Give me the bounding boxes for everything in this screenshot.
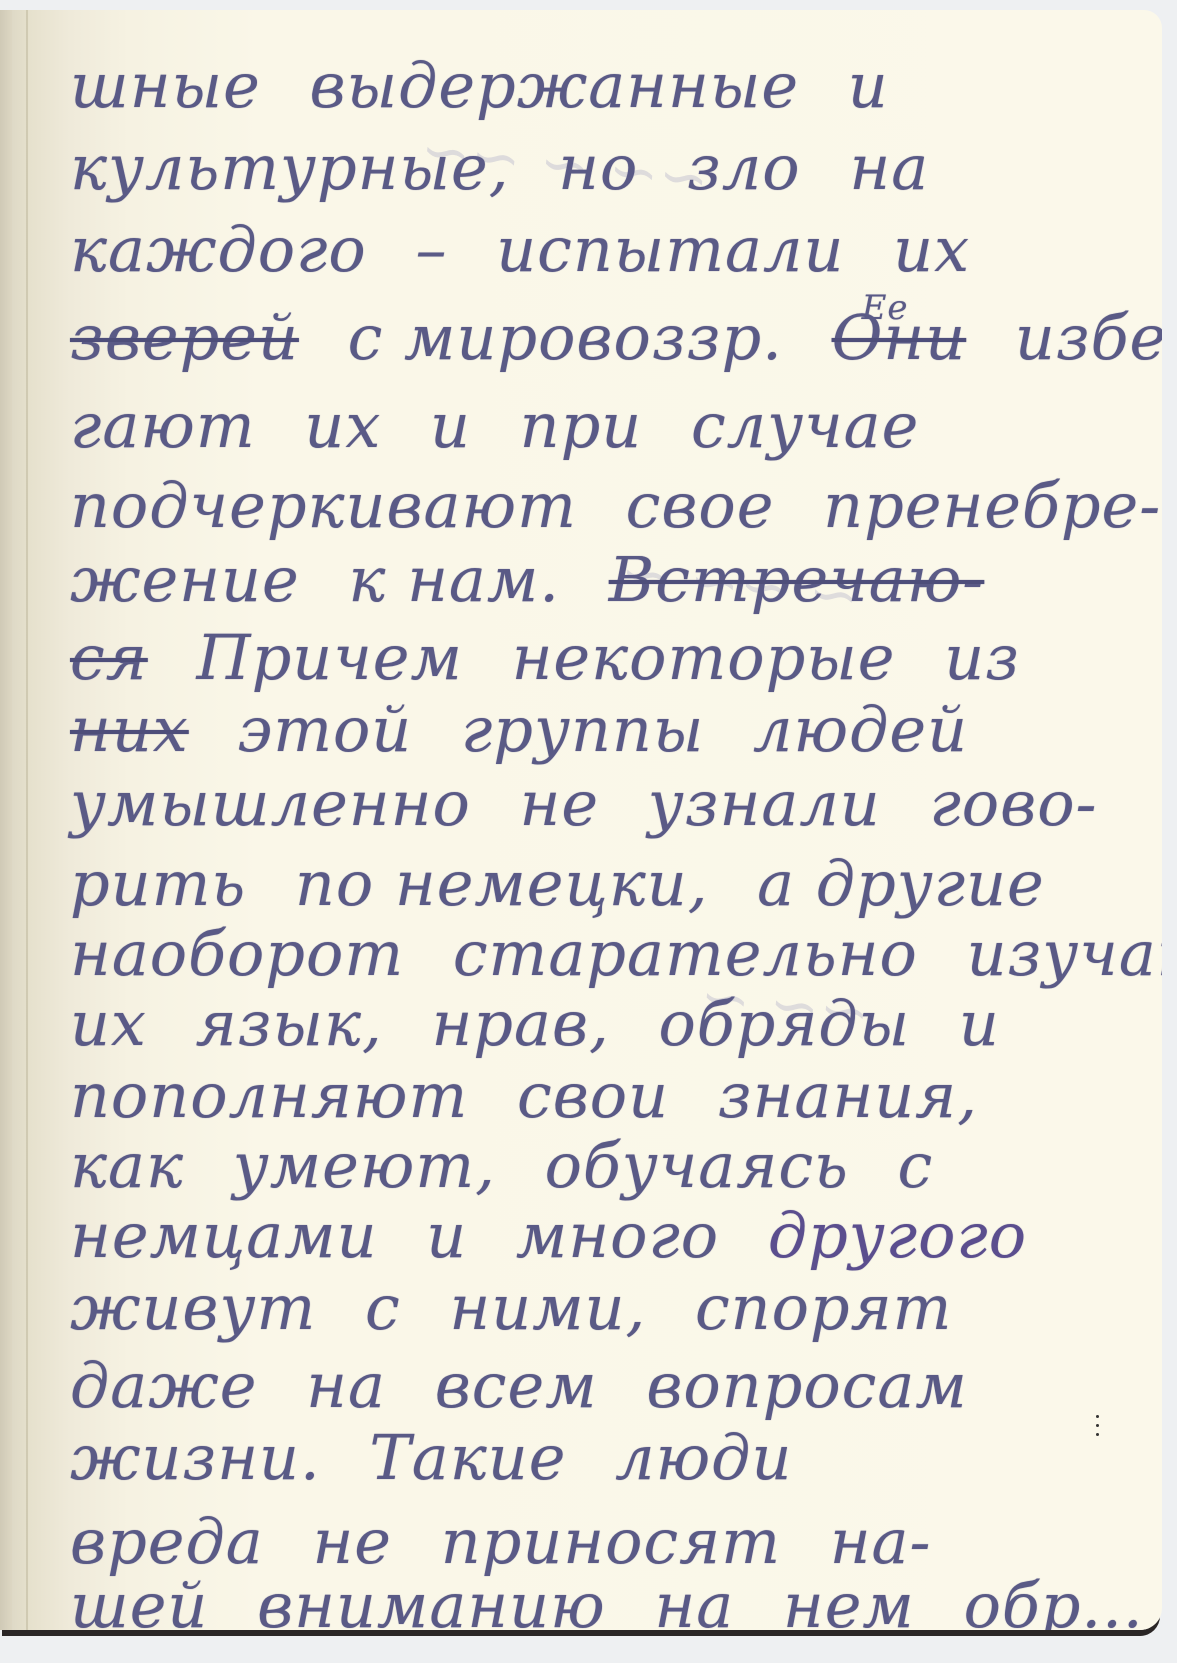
word: их xyxy=(304,390,381,462)
word: выдержанные xyxy=(309,50,799,122)
word: как xyxy=(70,1130,184,1202)
text-line: немцами и много другого xyxy=(70,1200,1122,1272)
word: свои xyxy=(517,1060,669,1132)
word: не xyxy=(312,1506,392,1578)
word: немцами xyxy=(70,1200,378,1272)
word: не xyxy=(520,768,600,840)
ink-specks xyxy=(1096,1415,1102,1443)
word: и xyxy=(426,1200,467,1272)
word: группы xyxy=(461,694,704,766)
word: старательно xyxy=(453,918,918,990)
word: обр... xyxy=(964,1570,1144,1630)
word: рить xyxy=(70,848,246,920)
word: людей xyxy=(753,694,968,766)
text-line: их язык, нрав, обряды и xyxy=(70,988,1122,1060)
struck-word: них xyxy=(70,694,189,766)
word: много xyxy=(516,1200,719,1272)
superscript-correction: Ее xyxy=(862,272,909,344)
struck-word: зверей xyxy=(70,302,299,374)
word: изучают xyxy=(967,918,1162,990)
word: избе- xyxy=(1015,302,1162,374)
text-line: подчеркивают свое пренебре- xyxy=(70,470,1122,542)
word: люди xyxy=(615,1422,792,1494)
word: всем xyxy=(435,1350,598,1422)
text-line: пополняют свои знания, xyxy=(70,1060,1122,1132)
word: приносят xyxy=(441,1506,781,1578)
struck-word: ся xyxy=(70,622,148,694)
word: культурные, xyxy=(70,132,509,204)
text-line: зверей с мировоззр. Они Ее избе- xyxy=(70,302,1122,374)
word: вниманию xyxy=(257,1570,606,1630)
scanned-notebook-page: ~~ ~ ~~ ~ ~~ ~ ~~ ~ шные выдержанные и к… xyxy=(0,0,1177,1663)
text-line: каждого – испытали их xyxy=(70,214,1122,286)
word: гают xyxy=(70,390,256,462)
word: Причем xyxy=(197,622,463,694)
word: нрав, xyxy=(431,988,609,1060)
struck-word: Встречаю- xyxy=(609,544,985,616)
word: жение xyxy=(70,544,300,616)
text-line: гают их и при случае xyxy=(70,390,1122,462)
text-line: шные выдержанные и xyxy=(70,50,1122,122)
text-line: шей вниманию на нем обр... xyxy=(70,1570,1122,1630)
word: на xyxy=(849,132,929,204)
word: на xyxy=(306,1350,386,1422)
word: – xyxy=(415,214,447,286)
text-line: даже на всем вопросам xyxy=(70,1350,1122,1422)
word: шные xyxy=(70,50,261,122)
word: и xyxy=(959,988,1000,1060)
word: узнали xyxy=(648,768,881,840)
word: некоторые xyxy=(512,622,896,694)
text-line: умышленно не узнали гово- xyxy=(70,768,1122,840)
word: вреда xyxy=(70,1506,264,1578)
struck-word: Они Ее xyxy=(832,302,967,374)
word: ними, xyxy=(449,1272,646,1344)
word: испытали xyxy=(496,214,844,286)
word: пренебре- xyxy=(823,470,1161,542)
word: шей xyxy=(70,1570,208,1630)
word: умышленно xyxy=(70,768,471,840)
word: нем xyxy=(783,1570,915,1630)
word: их xyxy=(70,988,147,1060)
word: обучаясь xyxy=(545,1130,849,1202)
word: каждого xyxy=(70,214,367,286)
handwritten-text: шные выдержанные и культурные, но зло на… xyxy=(0,10,1162,1630)
word: этой xyxy=(237,694,412,766)
word: а другие xyxy=(757,848,1045,920)
word: с xyxy=(365,1272,401,1344)
word: но xyxy=(558,132,638,204)
word: знания, xyxy=(718,1060,978,1132)
text-line: живут с ними, спорят xyxy=(70,1272,1122,1344)
word: гово- xyxy=(929,768,1097,840)
text-line: вреда не приносят на- xyxy=(70,1506,1122,1578)
word: другого xyxy=(768,1200,1027,1272)
word: с xyxy=(898,1130,934,1202)
word: обряды xyxy=(658,988,910,1060)
word: по немецки, xyxy=(295,848,709,920)
word: на xyxy=(654,1570,734,1630)
word: Такие xyxy=(369,1422,566,1494)
text-line: рить по немецки, а другие xyxy=(70,848,1122,920)
word: наоборот xyxy=(70,918,404,990)
text-line: них этой группы людей xyxy=(70,694,1122,766)
word: спорят xyxy=(695,1272,953,1344)
notebook-page: ~~ ~ ~~ ~ ~~ ~ ~~ ~ шные выдержанные и к… xyxy=(0,10,1162,1630)
word: пополняют xyxy=(70,1060,468,1132)
text-line: культурные, но зло на xyxy=(70,132,1122,204)
word: вопросам xyxy=(646,1350,967,1422)
word: свое xyxy=(626,470,775,542)
text-line: жение к нам. Встречаю- xyxy=(70,544,1122,616)
word: и xyxy=(848,50,889,122)
text-line: как умеют, обучаясь с xyxy=(70,1130,1122,1202)
word: из xyxy=(944,622,1020,694)
word: даже xyxy=(70,1350,257,1422)
text-line: жизни. Такие люди xyxy=(70,1422,1122,1494)
word: язык, xyxy=(196,988,383,1060)
word: случае xyxy=(691,390,919,462)
word: зло xyxy=(687,132,801,204)
word: к нам. xyxy=(348,544,560,616)
word: жизни. xyxy=(70,1422,321,1494)
text-line: ся Причем некоторые из xyxy=(70,622,1122,694)
word: и xyxy=(430,390,471,462)
word: на- xyxy=(830,1506,932,1578)
text-line: наоборот старательно изучают xyxy=(70,918,1122,990)
word: с мировоззр. xyxy=(348,302,783,374)
word: подчеркивают xyxy=(70,470,577,542)
word: живут xyxy=(70,1272,316,1344)
word: при xyxy=(520,390,643,462)
word: умеют, xyxy=(233,1130,496,1202)
